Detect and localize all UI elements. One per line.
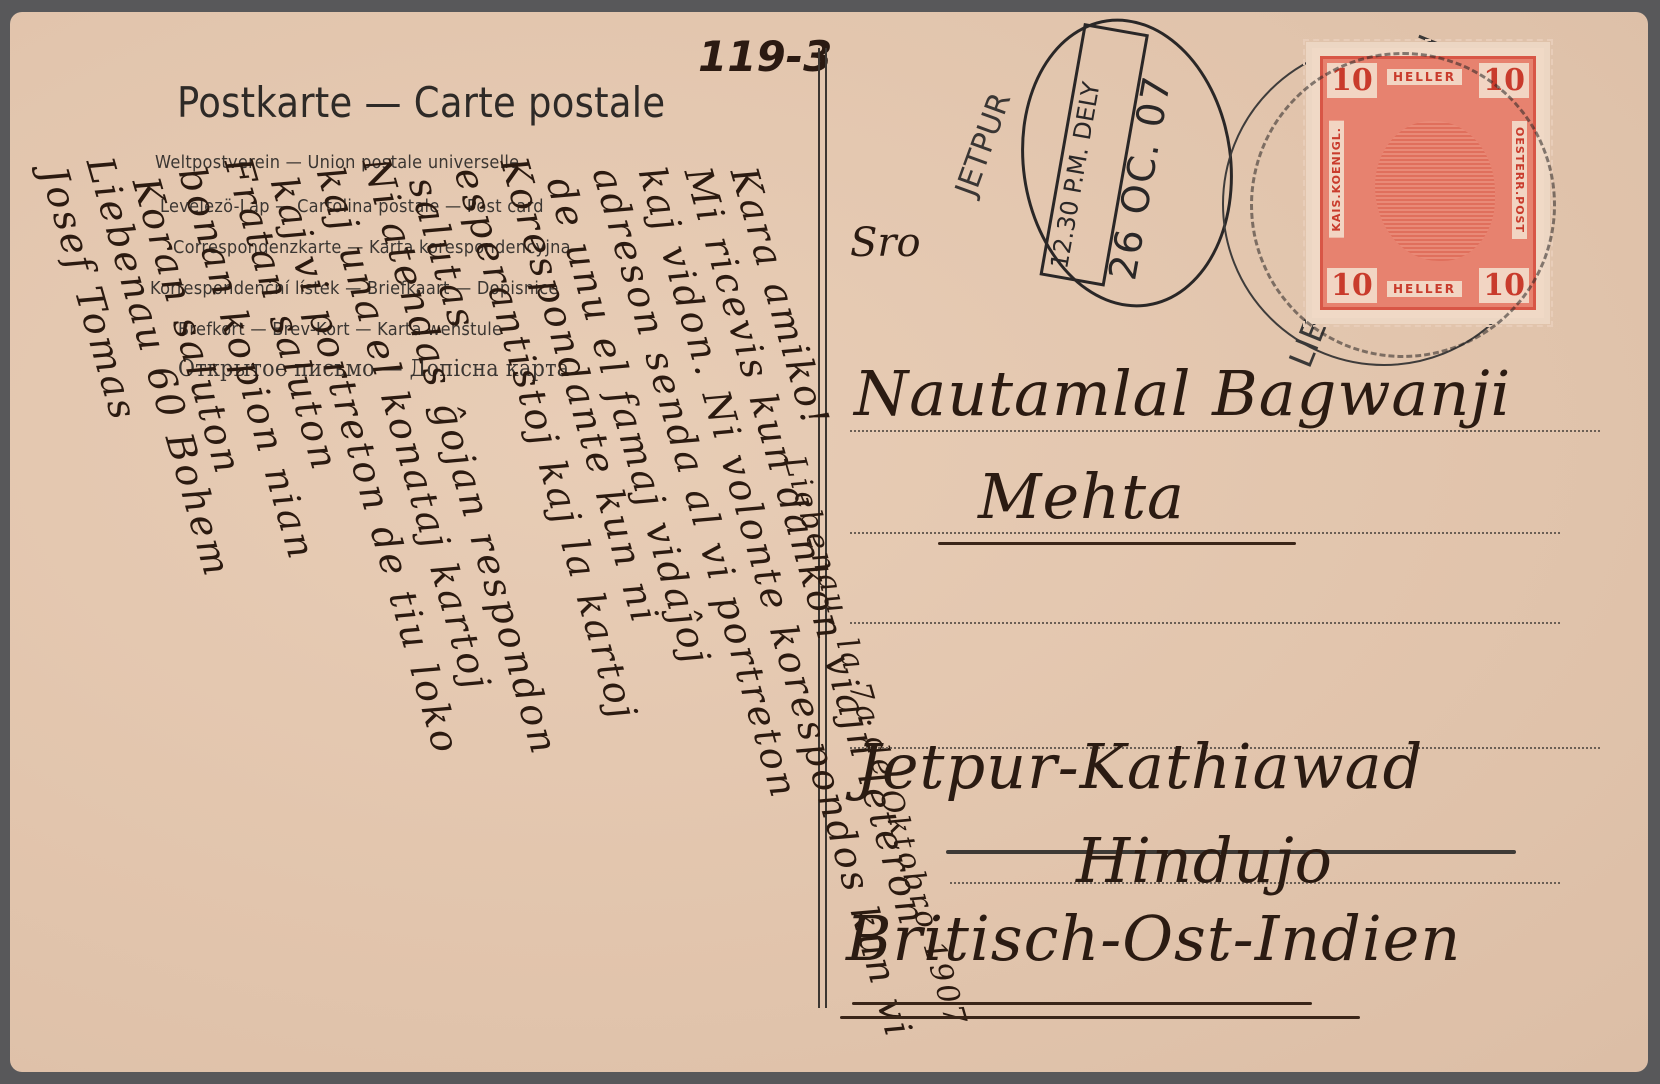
address-name: Nautamlal Bagwanji <box>854 357 1511 430</box>
underline <box>840 1016 1360 1019</box>
address-line <box>850 622 1560 624</box>
underline <box>938 542 1296 545</box>
cancellation-ring <box>1250 52 1556 358</box>
underline <box>852 1002 1312 1005</box>
address-line <box>850 430 1600 432</box>
salutation: Sro <box>850 220 921 266</box>
address-surname: Mehta <box>978 460 1185 533</box>
archive-number: 119-3 <box>698 32 832 81</box>
postcard: 119-3 Postkarte — Carte postale Weltpost… <box>10 12 1648 1072</box>
address-city: Jetpur-Kathiawad <box>856 730 1423 803</box>
address-country: Britisch-Ost-Indien <box>846 902 1461 975</box>
address-line <box>850 532 1560 534</box>
printed-title: Postkarte — Carte postale <box>177 78 665 127</box>
address-region: Hindujo <box>1076 824 1333 897</box>
